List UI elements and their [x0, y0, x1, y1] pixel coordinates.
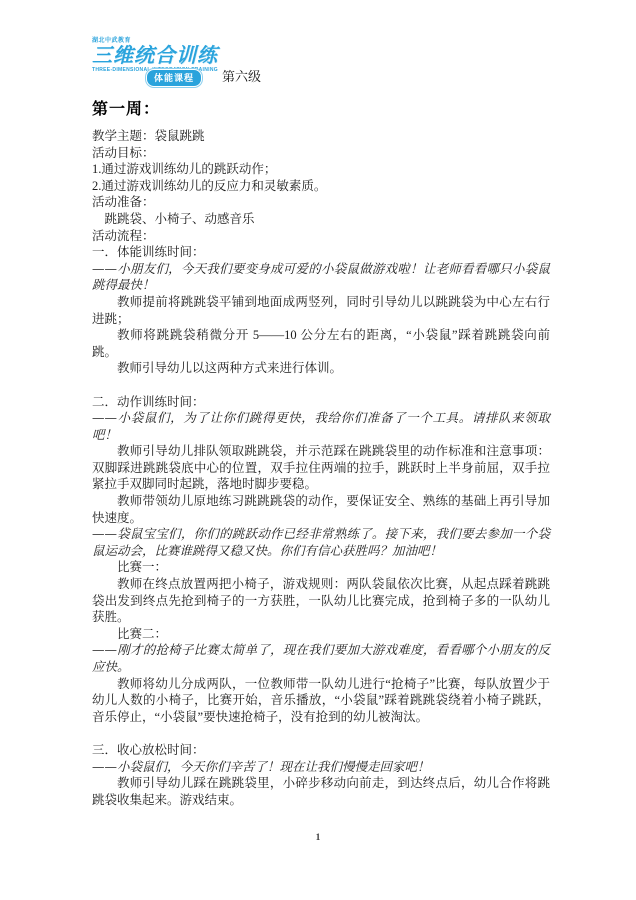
document-body: 教学主题：袋鼠跳跳活动目标：1.通过游戏训练幼儿的跳跃动作；2.通过游戏训练幼儿… — [92, 128, 550, 808]
paragraph-spacer — [92, 377, 550, 394]
paragraph: 比赛一： — [92, 559, 550, 576]
document-content: 第一周： 教学主题：袋鼠跳跳活动目标：1.通过游戏训练幼儿的跳跃动作；2.通过游… — [92, 96, 550, 808]
logo-small-text: 湖北中武教育 — [92, 38, 292, 45]
paragraph: ——小袋鼠们，今天你们辛苦了！现在让我们慢慢走回家吧！ — [92, 759, 550, 776]
paragraph: ——袋鼠宝宝们，你们的跳跃动作已经非常熟练了。接下来，我们要去参加一个袋鼠运动会… — [92, 526, 550, 559]
paragraph: 活动目标： — [92, 145, 550, 162]
paragraph: ——小朋友们，今天我们要变身成可爱的小袋鼠做游戏啦！让老师看看哪只小袋鼠跳得最快… — [92, 261, 550, 294]
paragraph: 教师在终点放置两把小椅子，游戏规则：两队袋鼠依次比赛，从起点踩着跳跳袋出发到终点… — [92, 576, 550, 626]
brand-logo: 湖北中武教育 三维统合训练 THREE-DIMENSIONAL INTEGRAT… — [92, 38, 292, 86]
paragraph: 1.通过游戏训练幼儿的跳跃动作； — [92, 161, 550, 178]
paragraph: ——小袋鼠们，为了让你们跳得更快，我给你们准备了一个工具。请排队来领取吧！ — [92, 410, 550, 443]
paragraph: 教师将幼儿分成两队，一位教师带一队幼儿进行“抢椅子”比赛，每队放置少于幼儿人数的… — [92, 676, 550, 726]
paragraph: 跳跳袋、小椅子、动感音乐 — [92, 211, 550, 228]
paragraph: 比赛二： — [92, 626, 550, 643]
paragraph: 二．动作训练时间： — [92, 394, 550, 411]
paragraph: 教师带领幼儿原地练习跳跳跳袋的动作，要保证安全、熟练的基础上再引导加快速度。 — [92, 493, 550, 526]
paragraph: 三．收心放松时间： — [92, 742, 550, 759]
paragraph: ——刚才的抢椅子比赛太简单了，现在我们要加大游戏难度，看看哪个小朋友的反应快。 — [92, 642, 550, 675]
logo-main-text: 三维统合训练 — [92, 45, 292, 67]
paragraph: 教师提前将跳跳袋平铺到地面成两竖列，同时引导幼儿以跳跳袋为中心左右行进跳； — [92, 294, 550, 327]
paragraph: 教师引导幼儿踩在跳跳袋里，小碎步移动向前走，到达终点后，幼儿合作将跳跳袋收集起来… — [92, 775, 550, 808]
logo-ribbon-badge: 体能课程 — [146, 69, 202, 87]
paragraph: 教师将跳跳袋稍微分开 5——10 公分左右的距离，“小袋鼠”踩着跳跳袋向前跳。 — [92, 327, 550, 360]
paragraph: 教学主题：袋鼠跳跳 — [92, 128, 550, 145]
paragraph: 教师引导幼儿以这两种方式来进行体训。 — [92, 360, 550, 377]
paragraph-spacer — [92, 725, 550, 742]
paragraph: 2.通过游戏训练幼儿的反应力和灵敏素质。 — [92, 178, 550, 195]
page-title: 第一周： — [92, 96, 550, 119]
paragraph: 一．体能训练时间： — [92, 244, 550, 261]
paragraph: 活动准备： — [92, 194, 550, 211]
document-page: 湖北中武教育 三维统合训练 THREE-DIMENSIONAL INTEGRAT… — [0, 0, 636, 900]
paragraph: 教师引导幼儿排队领取跳跳袋，并示范踩在跳跳袋里的动作标准和注意事项：双脚踩进跳跳… — [92, 443, 550, 493]
level-label: 第六级 — [222, 66, 261, 85]
page-number: 1 — [0, 833, 636, 843]
paragraph: 活动流程： — [92, 228, 550, 245]
